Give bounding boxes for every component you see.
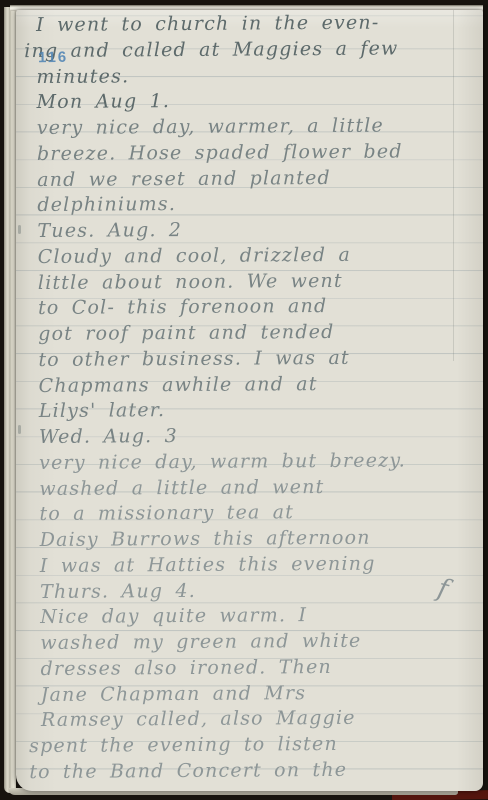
handwriting-line: to the Band Concert on the <box>29 758 482 787</box>
handwriting-line: Ramsey called, also Maggie <box>41 706 482 735</box>
handwriting-block: I went to church in the even- ing and ca… <box>36 11 482 787</box>
handwriting-line: very nice day, warm but breezy. <box>39 449 480 478</box>
margin-smudge <box>18 425 21 434</box>
handwriting-line: washed my green and white <box>40 629 481 658</box>
handwriting-line-date-heading: Wed. Aug. 3 <box>39 423 480 452</box>
handwriting-line: washed a little and went <box>39 474 480 503</box>
handwriting-line: to a missionary tea at <box>39 500 480 529</box>
handwriting-line: little about noon. We went <box>38 268 479 297</box>
handwriting-line: delphiniums. <box>37 191 478 220</box>
handwriting-line: spent the evening to listen <box>29 732 482 761</box>
handwriting-line: Daisy Burrows this afternoon <box>40 526 481 555</box>
handwriting-line: I was at Hatties this evening <box>40 552 481 581</box>
handwriting-line-date-heading: Thurs. Aug 4. <box>40 577 481 606</box>
handwriting-line: I went to church in the even- <box>36 11 477 40</box>
page-number-stamp: 116 <box>38 49 68 67</box>
handwriting-line: very nice day, warmer, a little <box>37 114 478 143</box>
handwriting-line: breeze. Hose spaded flower bed <box>37 140 478 169</box>
handwriting-line-date-heading: Mon Aug 1. <box>37 88 478 117</box>
handwriting-line: ing and called at Maggies a few <box>24 37 477 66</box>
page-stack-edge-left <box>4 7 16 793</box>
handwriting-line: to other business. I was at <box>38 346 479 375</box>
handwriting-line: minutes. <box>36 62 477 91</box>
diary-page: I went to church in the even- ing and ca… <box>16 10 483 791</box>
handwriting-line: dresses also ironed. Then <box>40 655 481 684</box>
handwriting-line-date-heading: Tues. Aug. 2 <box>37 217 478 246</box>
handwriting-line: Jane Chapman and Mrs <box>41 680 482 709</box>
handwriting-line: Nice day quite warm. I <box>40 603 481 632</box>
handwriting-line: Lilys' later. <box>39 397 480 426</box>
handwriting-line: Cloudy and cool, drizzled a <box>38 243 479 272</box>
handwriting-line: to Col- this forenoon and <box>38 294 479 323</box>
handwriting-line: Chapmans awhile and at <box>39 371 480 400</box>
margin-smudge <box>18 225 21 234</box>
handwriting-line: and we reset and planted <box>37 165 478 194</box>
handwriting-line: got roof paint and tended <box>38 320 479 349</box>
